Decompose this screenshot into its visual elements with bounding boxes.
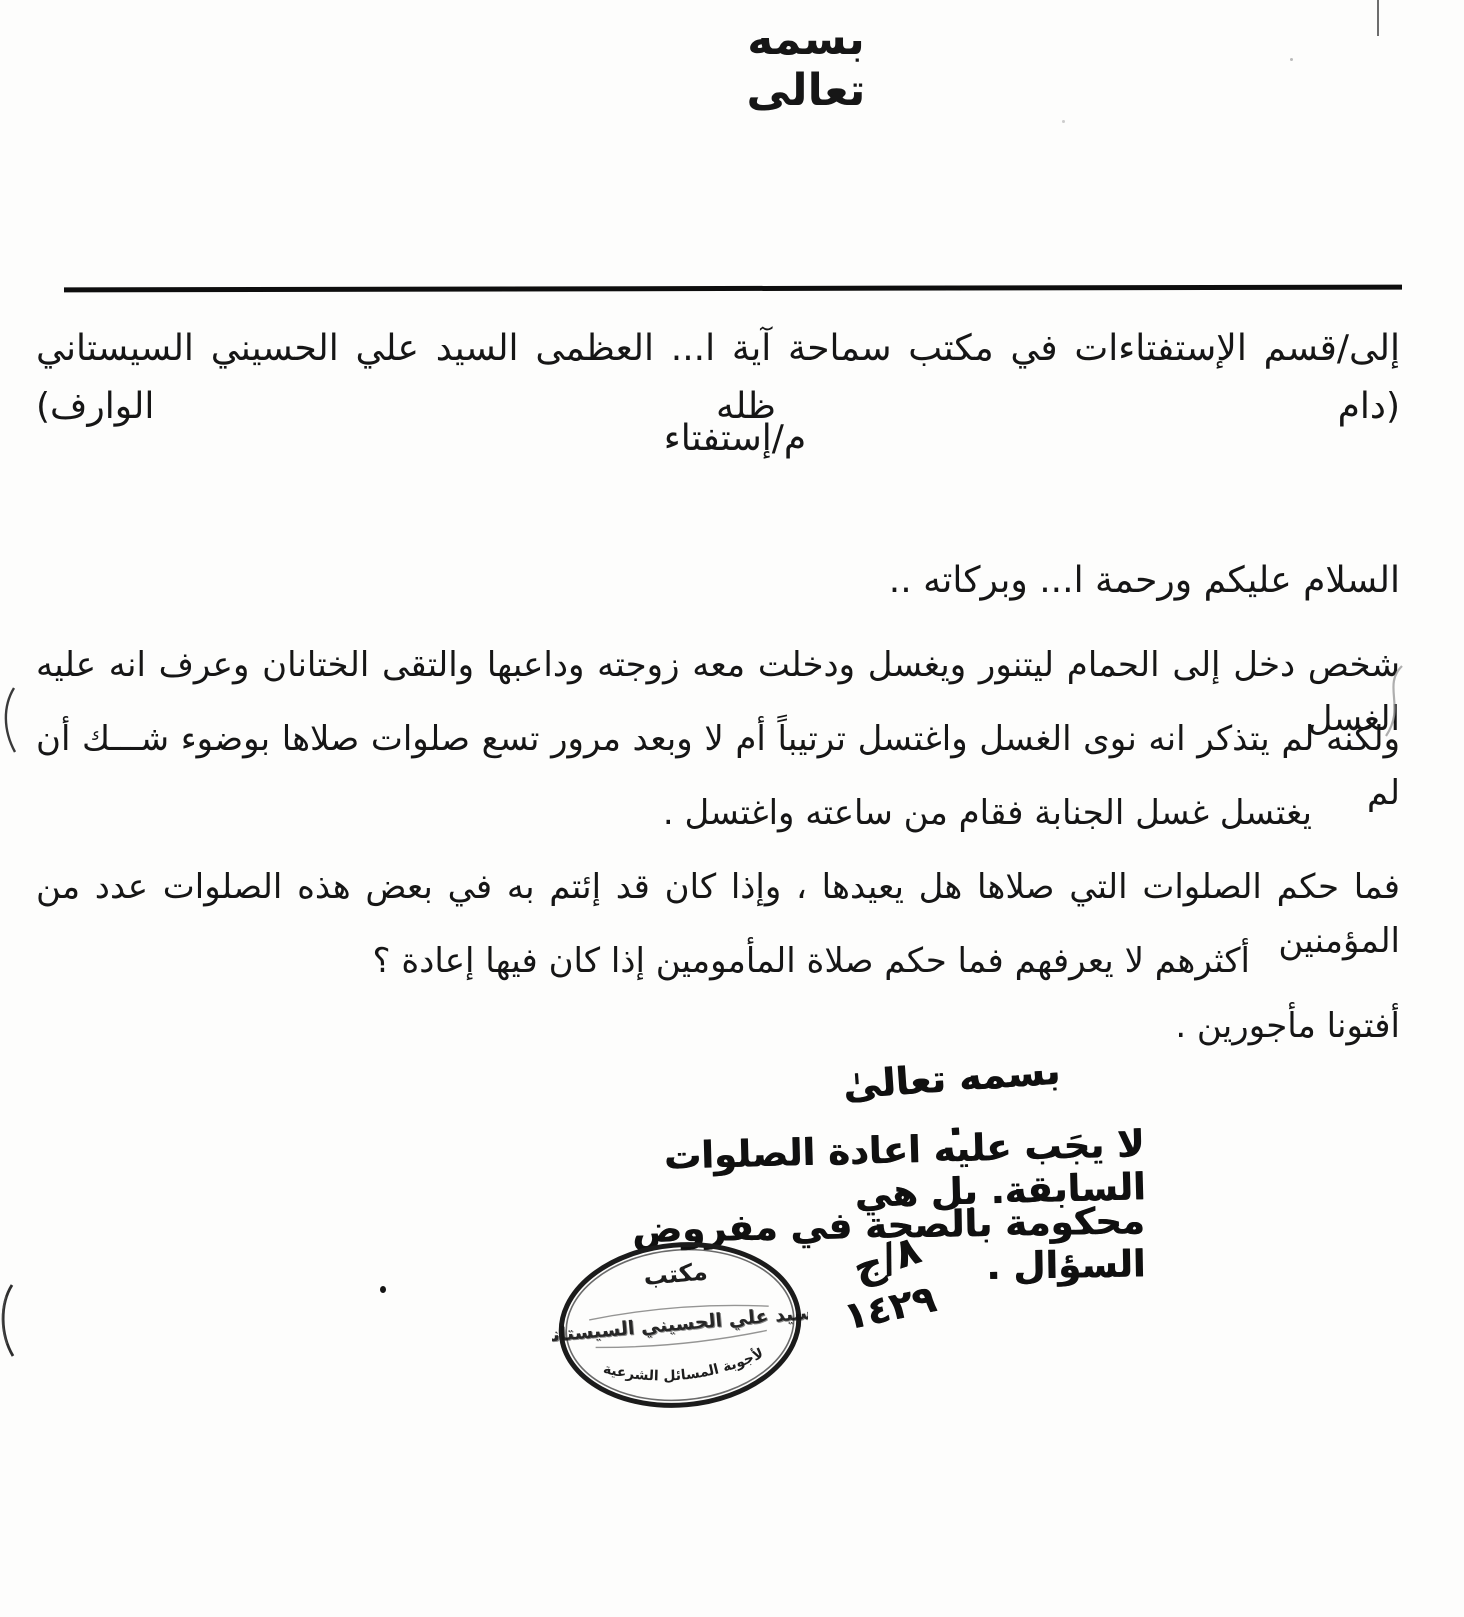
question-line: يغتسل غسل الجنابة فقام من ساعته واغتسل .	[36, 786, 1400, 840]
stamp-top-text: مكتب	[642, 1257, 708, 1290]
svg-text:لأجوبة المسائل الشرعية: لأجوبة المسائل الشرعية	[600, 1344, 768, 1390]
header-bismillah: بسمه تعالى	[686, 14, 926, 116]
scan-speck	[1062, 120, 1065, 123]
left-edge-punch-artifact	[0, 686, 20, 756]
subject-line: م/إستفتاء	[580, 418, 890, 459]
horizontal-divider	[64, 285, 1402, 293]
stamp-bottom-text: لأجوبة المسائل الشرعية	[600, 1344, 768, 1390]
closing-line: أفتونا مأجورين .	[36, 1006, 1400, 1046]
question-line: أكثرهم لا يعرفهم فما حكم صلاة المأمومين …	[36, 934, 1400, 988]
scanned-letter-page: بسمه تعالى إلى/قسم الإستفتاءات في مكتب س…	[0, 0, 1464, 1617]
ink-dot-mark	[380, 1286, 386, 1293]
scan-streak-artifact	[1377, 0, 1379, 36]
left-edge-punch-artifact	[0, 1282, 22, 1360]
scan-speck	[1290, 58, 1293, 61]
greeting-line: السلام عليكم ورحمة ا... وبركاته ..	[36, 560, 1400, 601]
